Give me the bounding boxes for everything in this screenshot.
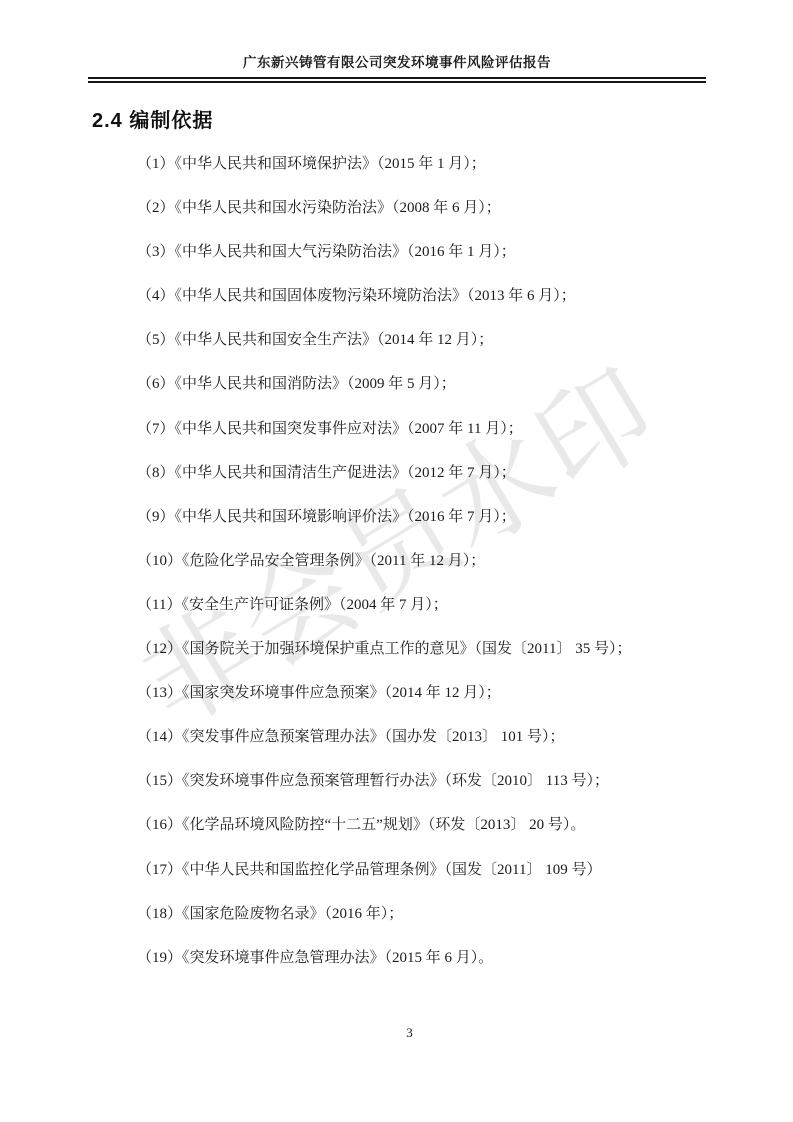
reference-item: （2）《中华人民共和国水污染防治法》（2008 年 6 月）；	[88, 200, 748, 244]
reference-item: （9）《中华人民共和国环境影响评价法》（2016 年 7 月）；	[88, 509, 748, 553]
page-number: 3	[0, 1025, 793, 1041]
reference-item: （3）《中华人民共和国大气污染防治法》（2016 年 1 月）；	[88, 244, 748, 288]
document-page: 非会员水印 广东新兴铸管有限公司突发环境事件风险评估报告 2.4 编制依据 （1…	[0, 0, 793, 1122]
reference-item: （17）《中华人民共和国监控化学品管理条例》（国发〔2011〕 109 号）	[88, 862, 748, 906]
reference-item: （1）《中华人民共和国环境保护法》（2015 年 1 月）；	[88, 156, 748, 200]
page-header: 广东新兴铸管有限公司突发环境事件风险评估报告	[88, 51, 706, 83]
reference-item: （5）《中华人民共和国安全生产法》（2014 年 12 月）；	[88, 332, 748, 376]
reference-item: （15）《突发环境事件应急预案管理暂行办法》（环发〔2010〕 113 号）；	[88, 773, 748, 817]
reference-item: （7）《中华人民共和国突发事件应对法》（2007 年 11 月）；	[88, 421, 748, 465]
reference-item: （10）《危险化学品安全管理条例》（2011 年 12 月）；	[88, 553, 748, 597]
section-title: 2.4 编制依据	[92, 104, 213, 133]
reference-item: （16）《化学品环境风险防控“十二五”规划》（环发〔2013〕 20 号）。	[88, 817, 748, 861]
reference-item: （4）《中华人民共和国固体废物污染环境防治法》（2013 年 6 月）；	[88, 288, 748, 332]
header-title: 广东新兴铸管有限公司突发环境事件风险评估报告	[243, 55, 551, 70]
reference-item: （11）《安全生产许可证条例》（2004 年 7 月）；	[88, 597, 748, 641]
reference-item: （13）《国家突发环境事件应急预案》（2014 年 12 月）；	[88, 685, 748, 729]
reference-list: （1）《中华人民共和国环境保护法》（2015 年 1 月）；（2）《中华人民共和…	[88, 156, 748, 994]
reference-item: （19）《突发环境事件应急管理办法》（2015 年 6 月）。	[88, 950, 748, 994]
reference-item: （18）《国家危险废物名录》（2016 年）；	[88, 906, 748, 950]
reference-item: （8）《中华人民共和国清洁生产促进法》（2012 年 7 月）；	[88, 465, 748, 509]
reference-item: （14）《突发事件应急预案管理办法》（国办发〔2013〕 101 号）；	[88, 729, 748, 773]
reference-item: （12）《国务院关于加强环境保护重点工作的意见》（国发〔2011〕 35 号）；	[88, 641, 748, 685]
reference-item: （6）《中华人民共和国消防法》（2009 年 5 月）；	[88, 376, 748, 420]
